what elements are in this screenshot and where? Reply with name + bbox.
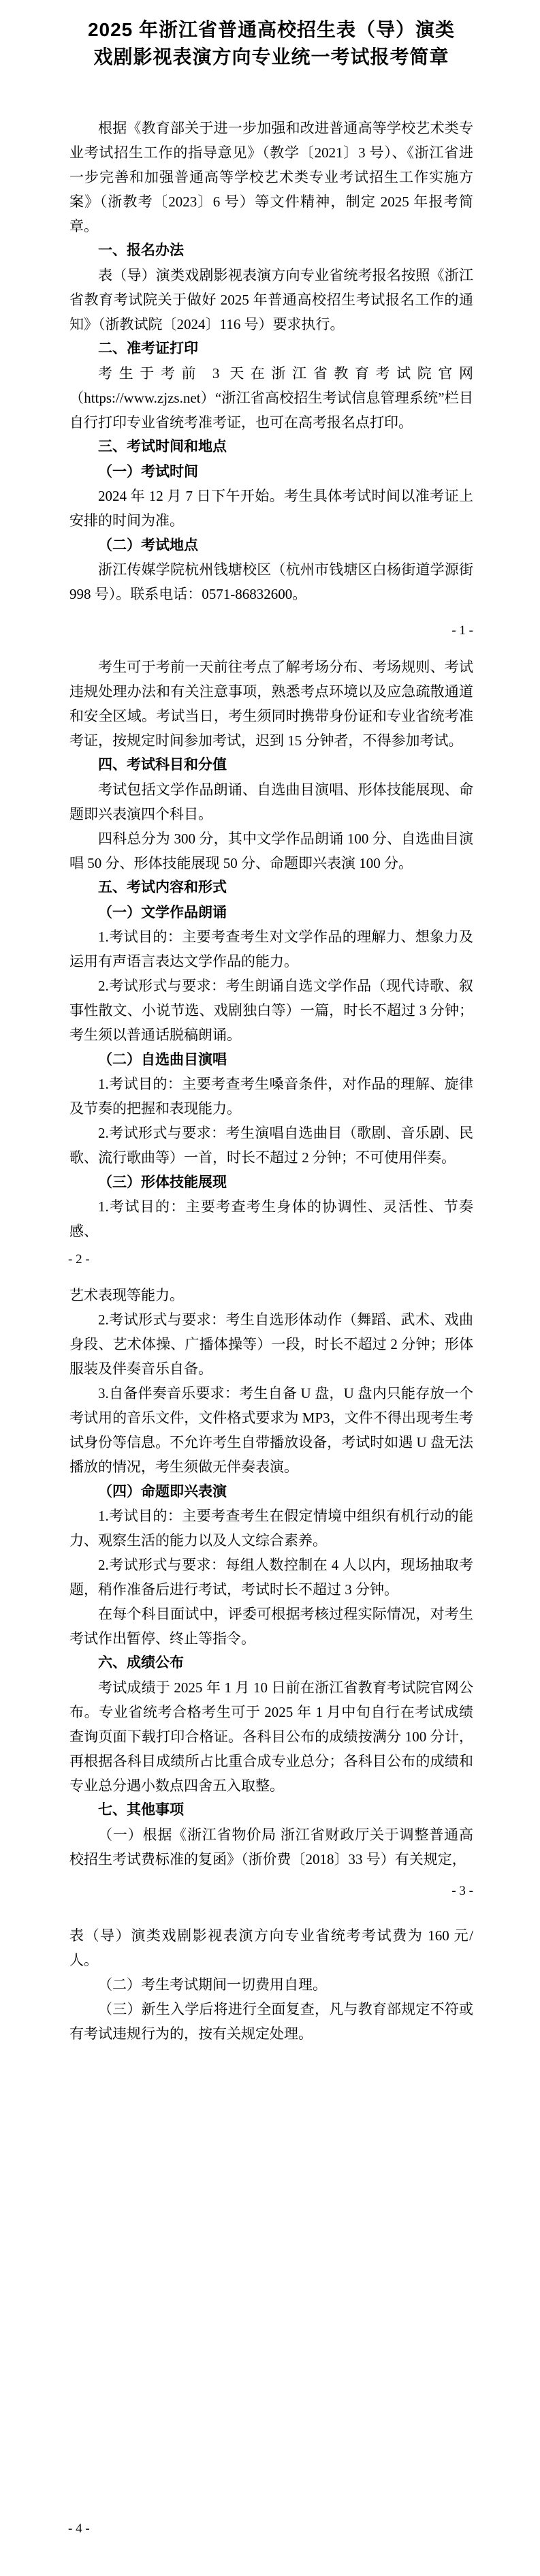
paragraph-interview-commands: 在每个科目面试中，评委可根据考核过程实际情况，对考生考试作出暂停、终止等指令。 [69,1602,473,1651]
heading-section-3-time-place: 三、考试时间和地点 [69,435,473,459]
subheading-singing: （二）自选曲目演唱 [69,1047,473,1072]
paragraph-fee-basis-part1: （一）根据《浙江省物价局 浙江省财政厅关于调整普通高校招生考试费标准的复函》（浙… [69,1822,473,1872]
subheading-literary-recitation: （一）文学作品朗诵 [69,900,473,925]
document-title-line-2: 戏剧影视表演方向专业统一考试报考简章 [69,44,473,71]
subheading-exam-time: （一）考试时间 [69,459,473,484]
document-title-line-1: 2025 年浙江省普通高校招生表（导）演类 [69,16,473,44]
paragraph-basis: 根据《教育部关于进一步加强和改进普通高等学校艺术类专业考试招生工作的指导意见》（… [69,116,473,238]
subheading-physical-skills: （三）形体技能展现 [69,1170,473,1194]
heading-section-6-results: 六、成绩公布 [69,1651,473,1675]
paragraph-improvisation-purpose: 1.考试目的：主要考查考生在假定情境中组织有机行动的能力、观察生活的能力以及人文… [69,1504,473,1553]
subheading-improvisation: （四）命题即兴表演 [69,1479,473,1504]
paragraph-admission-ticket: 考生于考前 3 天在浙江省教育考试院官网（https://www.zjzs.ne… [69,361,473,435]
heading-section-2-admission-ticket: 二、准考证打印 [69,337,473,361]
paragraph-physical-purpose-part1: 1.考试目的：主要考查考生身体的协调性、灵活性、节奏感、 [69,1194,473,1243]
heading-section-7-other: 七、其他事项 [69,1798,473,1822]
paragraph-expenses-self-paid: （二）考生考试期间一切费用自理。 [69,1972,473,1997]
document-viewport: 2025 年浙江省普通高校招生表（导）演类 戏剧影视表演方向专业统一考试报考简章… [0,0,540,2576]
paragraph-improvisation-format: 2.考试形式与要求：每组人数控制在 4 人以内，现场抽取考题，稍作准备后进行考试… [69,1553,473,1602]
paragraph-results-publication: 考试成绩于 2025 年 1 月 10 日前在浙江省教育考试院官网公布。专业省统… [69,1675,473,1798]
heading-section-5-content-format: 五、考试内容和形式 [69,875,473,900]
page-4: 表（导）演类戏剧影视表演方向专业省统考考试费为 160 元/人。 （二）考生考试… [0,1904,540,2576]
paragraph-physical-format: 2.考试形式与要求：考生自选形体动作（舞蹈、武术、戏曲身段、艺术体操、广播体操等… [69,1307,473,1381]
page-number-3: - 3 - [451,1884,473,1899]
page-number-1: - 1 - [451,623,473,638]
paragraph-registration: 表（导）演类戏剧影视表演方向专业省统考报名按照《浙江省教育考试院关于做好 202… [69,263,473,337]
paragraph-physical-purpose-part2: 艺术表现等能力。 [69,1283,473,1307]
paragraph-fee-basis-part2: 表（导）演类戏剧影视表演方向专业省统考考试费为 160 元/人。 [69,1923,473,1972]
paragraph-exam-day-rules: 考生可于考前一天前往考点了解考场分布、考场规则、考试违规处理办法和有关注意事项，… [69,655,473,753]
paragraph-accompaniment-requirements: 3.自备伴奏音乐要求：考生自备 U 盘，U 盘内只能存放一个考试用的音乐文件，文… [69,1381,473,1479]
heading-section-4-subjects-scores: 四、考试科目和分值 [69,753,473,777]
heading-section-1-registration: 一、报名办法 [69,238,473,263]
page-number-4: - 4 - [68,2521,90,2536]
paragraph-exam-place: 浙江传媒学院杭州钱塘校区（杭州市钱塘区白杨街道学源街 998 号）。联系电话：0… [69,557,473,606]
paragraph-recitation-purpose: 1.考试目的：主要考查考生对文学作品的理解力、想象力及运用有声语言表达文学作品的… [69,925,473,974]
page-1: 2025 年浙江省普通高校招生表（导）演类 戏剧影视表演方向专业统一考试报考简章… [0,0,540,644]
paragraph-score-breakdown: 四科总分为 300 分，其中文学作品朗诵 100 分、自选曲目演唱 50 分、形… [69,826,473,875]
paragraph-subjects: 考试包括文学作品朗诵、自选曲目演唱、形体技能展现、命题即兴表演四个科目。 [69,777,473,826]
paragraph-enrollment-review: （三）新生入学后将进行全面复查，凡与教育部规定不符或有考试违规行为的，按有关规定… [69,1997,473,2046]
page-number-2: - 2 - [68,1252,90,1267]
page-2: 考生可于考前一天前往考点了解考场分布、考场规则、考试违规处理办法和有关注意事项，… [0,644,540,1273]
document-title: 2025 年浙江省普通高校招生表（导）演类 戏剧影视表演方向专业统一考试报考简章 [69,16,473,71]
subheading-exam-place: （二）考试地点 [69,533,473,557]
paragraph-exam-time: 2024 年 12 月 7 日下午开始。考生具体考试时间以准考证上安排的时间为准… [69,484,473,533]
page-3: 艺术表现等能力。 2.考试形式与要求：考生自选形体动作（舞蹈、武术、戏曲身段、艺… [0,1273,540,1904]
paragraph-singing-purpose: 1.考试目的：主要考查考生嗓音条件，对作品的理解、旋律及节奏的把握和表现能力。 [69,1072,473,1121]
paragraph-recitation-format: 2.考试形式与要求：考生朗诵自选文学作品（现代诗歌、叙事性散文、小说节选、戏剧独… [69,974,473,1047]
paragraph-singing-format: 2.考试形式与要求：考生演唱自选曲目（歌剧、音乐剧、民歌、流行歌曲等）一首，时长… [69,1121,473,1170]
